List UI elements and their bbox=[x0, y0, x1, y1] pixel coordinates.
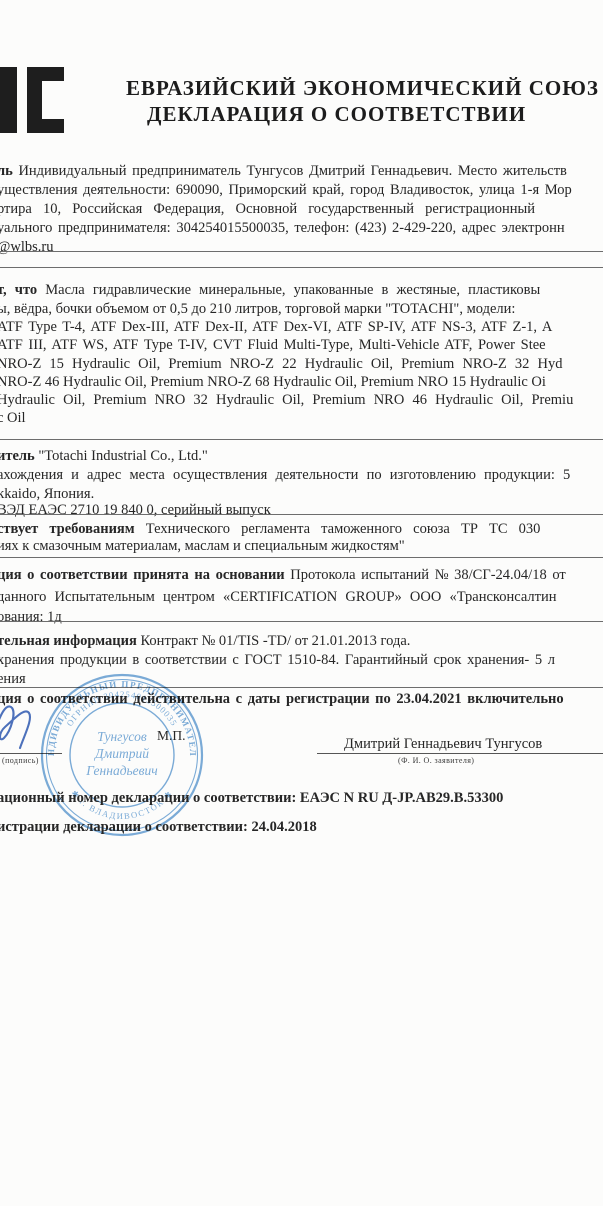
product-lead: т, что bbox=[0, 282, 37, 298]
section-divider bbox=[0, 251, 603, 252]
manufacturer-line-1-text: "Totachi Industrial Co., Ltd." bbox=[35, 448, 208, 464]
basis-line-1: ция о соответствии принята на основании … bbox=[0, 566, 566, 584]
manufacturer-lead: итель bbox=[0, 448, 35, 464]
section-divider bbox=[0, 514, 603, 515]
applicant-line-2: уществления деятельности: 690090, Примор… bbox=[0, 181, 572, 199]
document-title-declaration: ДЕКЛАРАЦИЯ О СООТВЕТСТВИИ bbox=[147, 102, 526, 126]
compliance-line-1-text: Технического регламента таможенного союз… bbox=[135, 521, 541, 537]
product-line-5: NRO-Z 15 Hydraulic Oil, Premium NRO-Z 22… bbox=[0, 355, 562, 373]
stamp-name-line-2: Дмитрий bbox=[93, 746, 149, 761]
declaration-document: ЕВРАЗИЙСКИЙ ЭКОНОМИЧЕСКИЙ СОЮЗ ДЕКЛАРАЦИ… bbox=[0, 0, 603, 1206]
registration-number-line: ационный номер декларации о соответствии… bbox=[0, 789, 503, 807]
product-line-7: Hydraulic Oil, Premium NRO 32 Hydraulic … bbox=[0, 391, 573, 409]
signature-caption: (подпись) bbox=[2, 756, 39, 765]
compliance-line-1: ствует требованиям Технического регламен… bbox=[0, 520, 540, 538]
additional-line-1: тельная информация Контракт № 01/TIS -TD… bbox=[0, 632, 410, 650]
product-line-3: ATF Type T-4, ATF Dex-III, ATF Dex-II, A… bbox=[0, 318, 552, 336]
basis-lead: ция о соответствии принята на основании bbox=[0, 567, 285, 583]
product-line-4: ATF III, ATF WS, ATF Type T-IV, CVT Flui… bbox=[0, 336, 546, 354]
stamp-name-line-3: Геннадьевич bbox=[85, 763, 157, 778]
basis-line-3: ования: 1д bbox=[0, 608, 62, 626]
registration-date-line: истрации декларации о соответствии: 24.0… bbox=[0, 818, 317, 836]
section-divider bbox=[0, 621, 603, 622]
document-title-union: ЕВРАЗИЙСКИЙ ЭКОНОМИЧЕСКИЙ СОЮЗ bbox=[126, 76, 599, 100]
additional-line-2: хранения продукции в соответствии с ГОСТ… bbox=[0, 651, 555, 669]
stamp-name-line-1: Тунгусов bbox=[97, 729, 147, 744]
declarant-name: Дмитрий Геннадьевич Тунгусов bbox=[344, 735, 542, 753]
applicant-line-1-text: Индивидуальный предприниматель Тунгусов … bbox=[13, 163, 567, 179]
product-line-1: т, что Масла гидравлические минеральные,… bbox=[0, 281, 540, 299]
manufacturer-line-1: итель "Totachi Industrial Co., Ltd." bbox=[0, 447, 208, 465]
compliance-line-2: иях к смазочным материалам, маслам и спе… bbox=[0, 537, 405, 555]
manufacturer-line-2: ахождения и адрес места осуществления де… bbox=[0, 466, 570, 484]
declarant-name-line bbox=[317, 753, 603, 754]
section-divider bbox=[0, 439, 603, 440]
product-line-1-text: Масла гидравлические минеральные, упаков… bbox=[37, 282, 540, 298]
product-line-2: ы, вёдра, бочки объемом от 0,5 до 210 ли… bbox=[0, 300, 515, 318]
additional-line-1-text: Контракт № 01/TIS -TD/ от 21.01.2013 год… bbox=[137, 633, 411, 649]
section-divider bbox=[0, 557, 603, 558]
applicant-line-1: ль Индивидуальный предприниматель Тунгус… bbox=[0, 162, 567, 180]
section-divider bbox=[0, 267, 603, 268]
additional-line-3: ения bbox=[0, 670, 26, 688]
applicant-line-4: уального предпринимателя: 30425401550003… bbox=[0, 219, 565, 237]
basis-line-1-text: Протокола испытаний № 38/СГ-24.04/18 от bbox=[285, 567, 566, 583]
applicant-line-3: ртира 10, Российская Федерация, Основной… bbox=[0, 200, 535, 218]
additional-lead: тельная информация bbox=[0, 633, 137, 649]
applicant-line-5: @wlbs.ru bbox=[0, 238, 53, 256]
applicant-lead: ль bbox=[0, 163, 13, 179]
product-line-6: NRO-Z 46 Hydraulic Oil, Premium NRO-Z 68… bbox=[0, 373, 546, 391]
eac-mark-bar bbox=[0, 67, 17, 133]
eac-mark-c bbox=[27, 67, 64, 133]
product-line-8: c Oil bbox=[0, 409, 26, 427]
entrepreneur-stamp: ИНДИВИДУАЛЬНЫЙ ПРЕДПРИНИМАТЕЛЬ ОГРНИП 30… bbox=[36, 669, 208, 841]
manufacturer-line-4: ВЭД ЕАЭС 2710 19 840 0, серийный выпуск bbox=[0, 501, 271, 519]
declarant-name-caption: (Ф. И. О. заявителя) bbox=[398, 756, 474, 765]
compliance-lead: ствует требованиям bbox=[0, 521, 135, 537]
basis-line-2: данного Испытательным центром «CERTIFICA… bbox=[0, 588, 556, 606]
